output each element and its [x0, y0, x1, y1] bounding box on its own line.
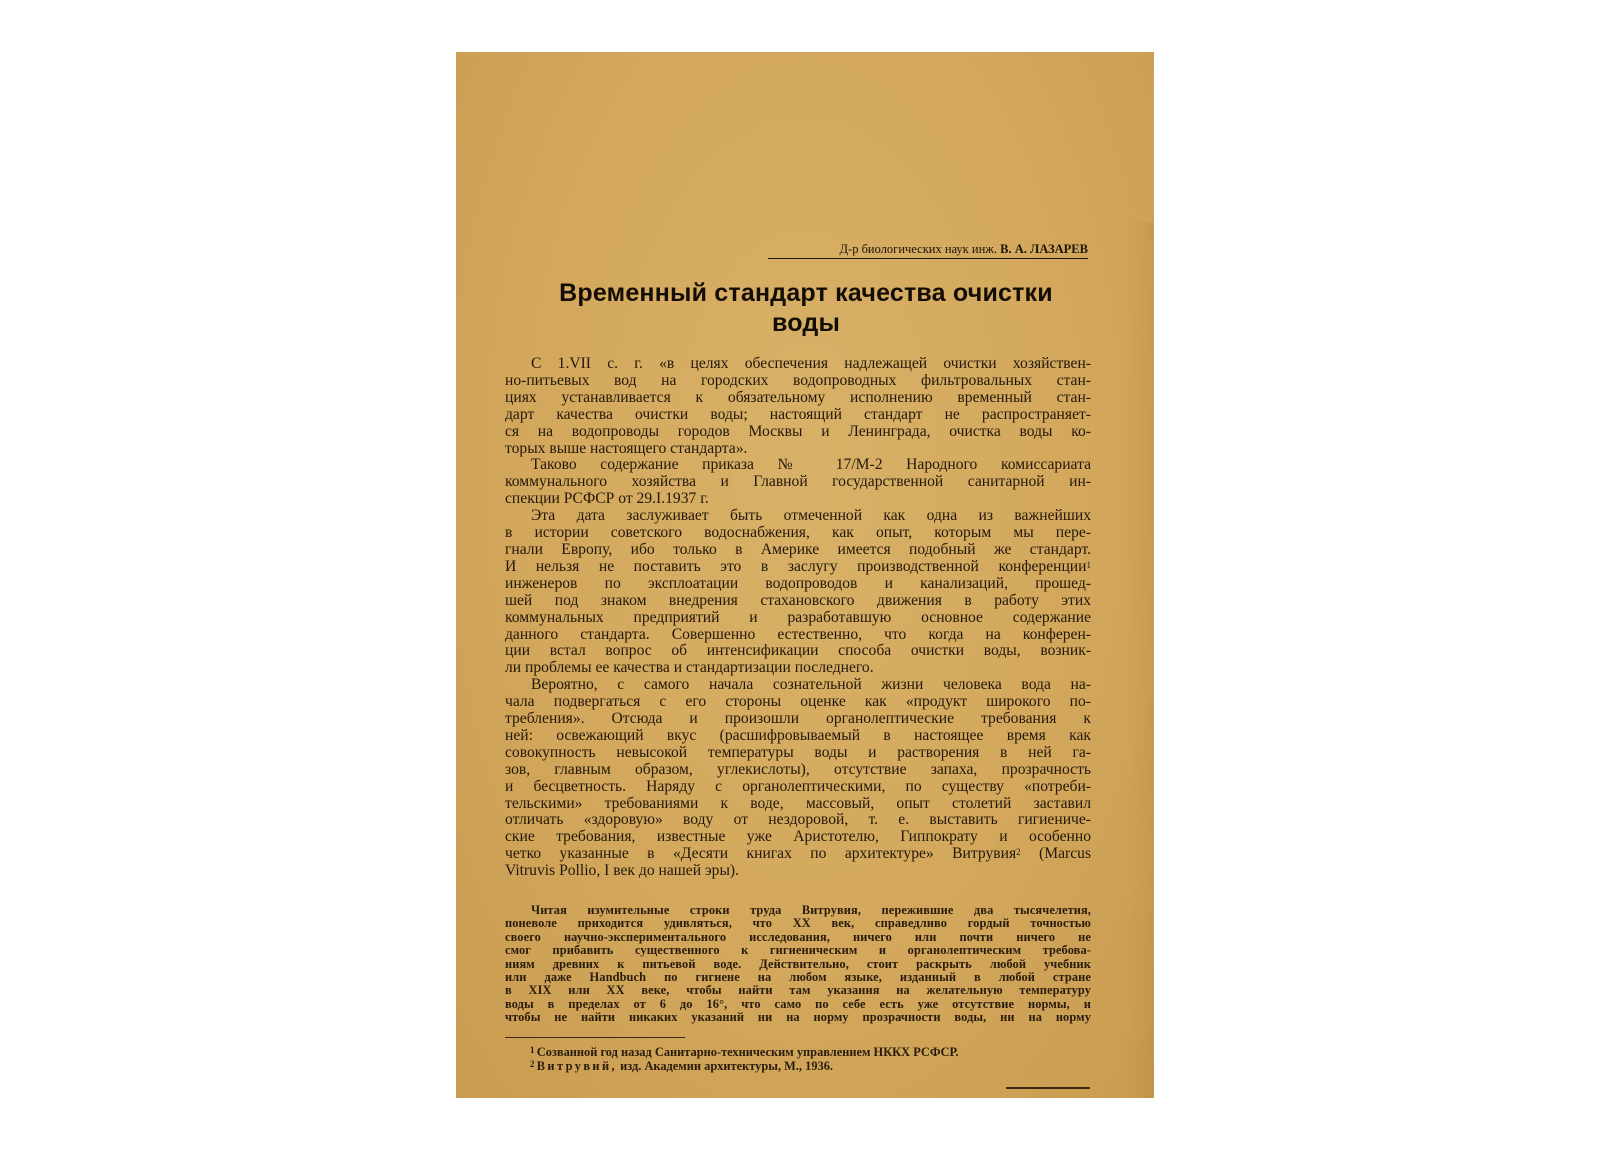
text-line: ся на водопроводы городов Москвы и Ленин… — [505, 424, 1091, 441]
line-text: ли проблемы ее качества и стандартизации… — [505, 659, 874, 676]
text-line: тельскими» требованиями к воде, массовый… — [505, 796, 1091, 813]
title-line-2: воды — [496, 308, 1116, 338]
footnote-mark: 1 — [530, 1045, 537, 1055]
text-line: в истории советского водоснабжения, как … — [505, 525, 1091, 542]
text-line: Эта дата заслуживает быть отмеченной как… — [505, 508, 1091, 525]
line-text: чала подвергаться с его стороны оценке к… — [505, 693, 1091, 710]
text-line: поневоле приходится удивляться, что XX в… — [505, 917, 1091, 930]
line-text: или даже Handbuch по гигиене на любом яз… — [505, 970, 1091, 984]
author-name: В. А. ЛАЗАРЕВ — [1000, 242, 1088, 256]
text-line: И нельзя не поставить это в заслугу прои… — [505, 559, 1091, 576]
line-text: ские требования, известные уже Аристотел… — [505, 828, 1091, 845]
author-byline: Д-р биологических наук инж. В. А. ЛАЗАРЕ… — [768, 242, 1088, 259]
line-text: но-питьевых вод на городских водопроводн… — [505, 372, 1091, 389]
title-line-1: Временный стандарт качества очистки — [496, 278, 1116, 308]
line-text: тельскими» требованиями к воде, массовый… — [505, 795, 1091, 812]
scanned-page: Д-р биологических наук инж. В. А. ЛАЗАРЕ… — [456, 52, 1154, 1098]
footnote-ref[interactable]: 1 — [1087, 560, 1092, 570]
text-line: ские требования, известные уже Аристотел… — [505, 829, 1091, 846]
text-line: чала подвергаться с его стороны оценке к… — [505, 694, 1091, 711]
line-text: шей под знаком внедрения стахановского д… — [505, 592, 1091, 609]
line-text-tail: (Marcus — [1021, 845, 1091, 862]
line-text: ся на водопроводы городов Москвы и Ленин… — [505, 423, 1091, 440]
line-text: зов, главным образом, углекислоты), отсу… — [505, 761, 1091, 778]
end-rule — [1006, 1087, 1090, 1089]
text-line: в XIX или XX веке, чтобы найти там указа… — [505, 984, 1091, 997]
line-text: коммунальных предприятий и разработавшую… — [505, 609, 1091, 626]
text-line: Таково содержание приказа № 17/М-2 Народ… — [505, 457, 1091, 474]
article-small-print: Читая изумительные строки труда Витрувия… — [505, 904, 1091, 1025]
line-text: и бесцветность. Наряду с органолептическ… — [505, 778, 1091, 795]
text-line: торых выше настоящего стандарта». — [505, 441, 1091, 458]
line-text: четко указанные в «Десяти книгах по архи… — [505, 845, 1016, 862]
line-text: Читая изумительные строки труда Витрувия… — [531, 903, 1091, 917]
line-text: Эта дата заслуживает быть отмеченной как… — [531, 507, 1091, 524]
line-text: ции встал вопрос об интенсификации спосо… — [505, 642, 1091, 659]
line-text: Вероятно, с самого начала сознательной ж… — [531, 676, 1091, 693]
footnote-mark: 2 — [530, 1059, 537, 1069]
footnote-text: изд. Академии архитектуры, М., 1936. — [617, 1059, 833, 1073]
text-line: ней: освежающий вкус (расшифровываемый в… — [505, 728, 1091, 745]
footnote-text: Созванной год назад Санитарно-технически… — [537, 1045, 959, 1059]
text-line: чтобы не найти никаких указаний ни на но… — [505, 1011, 1091, 1024]
text-line: циях устанавливается к обязательному исп… — [505, 390, 1091, 407]
text-line: шей под знаком внедрения стахановского д… — [505, 593, 1091, 610]
line-text: С 1.VII с. г. «в целях обеспечения надле… — [531, 355, 1091, 372]
line-text: в XIX или XX веке, чтобы найти там указа… — [505, 983, 1091, 997]
text-line: дарт качества очистки воды; настоящий ст… — [505, 407, 1091, 424]
line-text: ней: освежающий вкус (расшифровываемый в… — [505, 727, 1091, 744]
article-body: С 1.VII с. г. «в целях обеспечения надле… — [505, 356, 1091, 880]
text-line: коммунальных предприятий и разработавшую… — [505, 610, 1091, 627]
text-line: ниям древних к питьевой воде. Действител… — [505, 958, 1091, 971]
text-line: зов, главным образом, углекислоты), отсу… — [505, 762, 1091, 779]
line-text: данного стандарта. Совершенно естественн… — [505, 626, 1091, 643]
line-text: циях устанавливается к обязательному исп… — [505, 389, 1091, 406]
text-line: совокупность невысокой температуры воды … — [505, 745, 1091, 762]
text-line: спекции РСФСР от 29.I.1937 г. — [505, 491, 1091, 508]
line-text: Vitruvis Pollio, I век до нашей эры). — [505, 862, 739, 879]
text-line: и бесцветность. Наряду с органолептическ… — [505, 779, 1091, 796]
text-line: Читая изумительные строки труда Витрувия… — [505, 904, 1091, 917]
footnotes: 1 Созванной год назад Санитарно-техничес… — [530, 1046, 1090, 1073]
line-text: коммунального хозяйства и Главной госуда… — [505, 473, 1091, 490]
text-line: гнали Европу, ибо только в Америке имеет… — [505, 542, 1091, 559]
line-text: совокупность невысокой температуры воды … — [505, 744, 1091, 761]
text-line: четко указанные в «Десяти книгах по архи… — [505, 846, 1091, 863]
line-text: Таково содержание приказа № 17/М-2 Народ… — [531, 456, 1091, 473]
line-text: своего научно-экспериментального исследо… — [505, 930, 1091, 944]
text-line: ции встал вопрос об интенсификации спосо… — [505, 643, 1091, 660]
line-text: дарт качества очистки воды; настоящий ст… — [505, 406, 1091, 423]
author-credentials: Д-р биологических наук инж. — [840, 242, 998, 256]
line-text: воды в пределах от 6 до 16°, что само по… — [505, 997, 1091, 1011]
line-text: в истории советского водоснабжения, как … — [505, 524, 1091, 541]
line-text: торых выше настоящего стандарта». — [505, 440, 747, 457]
line-text: поневоле приходится удивляться, что XX в… — [505, 916, 1091, 930]
footnote-divider — [505, 1037, 685, 1038]
footnote-ref[interactable]: 2 — [1016, 847, 1021, 857]
footnote-spaced-word: Витрувий, — [537, 1059, 617, 1073]
text-line: Вероятно, с самого начала сознательной ж… — [505, 677, 1091, 694]
text-line: своего научно-экспериментального исследо… — [505, 931, 1091, 944]
line-text: инженеров по эксплоатации водопроводов и… — [505, 575, 1091, 592]
text-line: требления». Отсюда и произошли органолеп… — [505, 711, 1091, 728]
line-text: гнали Европу, ибо только в Америке имеет… — [505, 541, 1091, 558]
line-text: И нельзя не поставить это в заслугу прои… — [505, 558, 1087, 575]
text-line: воды в пределах от 6 до 16°, что само по… — [505, 998, 1091, 1011]
text-line: смог прибавить существенного к гигиениче… — [505, 944, 1091, 957]
line-text: спекции РСФСР от 29.I.1937 г. — [505, 490, 709, 507]
text-line: С 1.VII с. г. «в целях обеспечения надле… — [505, 356, 1091, 373]
text-line: отличать «здоровую» воду от нездоровой, … — [505, 812, 1091, 829]
footnote: 1 Созванной год назад Санитарно-техничес… — [530, 1046, 1090, 1060]
line-text: требления». Отсюда и произошли органолеп… — [505, 710, 1091, 727]
line-text: ниям древних к питьевой воде. Действител… — [505, 957, 1091, 971]
footnote: 2 Витрувий, изд. Академии архитектуры, М… — [530, 1060, 1090, 1074]
article-title: Временный стандарт качества очистки воды — [496, 278, 1116, 338]
text-line: или даже Handbuch по гигиене на любом яз… — [505, 971, 1091, 984]
text-line: Vitruvis Pollio, I век до нашей эры). — [505, 863, 1091, 880]
text-line: инженеров по эксплоатации водопроводов и… — [505, 576, 1091, 593]
line-text: отличать «здоровую» воду от нездоровой, … — [505, 811, 1091, 828]
text-line: коммунального хозяйства и Главной госуда… — [505, 474, 1091, 491]
text-line: данного стандарта. Совершенно естественн… — [505, 627, 1091, 644]
text-line: но-питьевых вод на городских водопроводн… — [505, 373, 1091, 390]
line-text: чтобы не найти никаких указаний ни на но… — [505, 1010, 1091, 1024]
line-text: смог прибавить существенного к гигиениче… — [505, 943, 1091, 957]
text-line: ли проблемы ее качества и стандартизации… — [505, 660, 1091, 677]
